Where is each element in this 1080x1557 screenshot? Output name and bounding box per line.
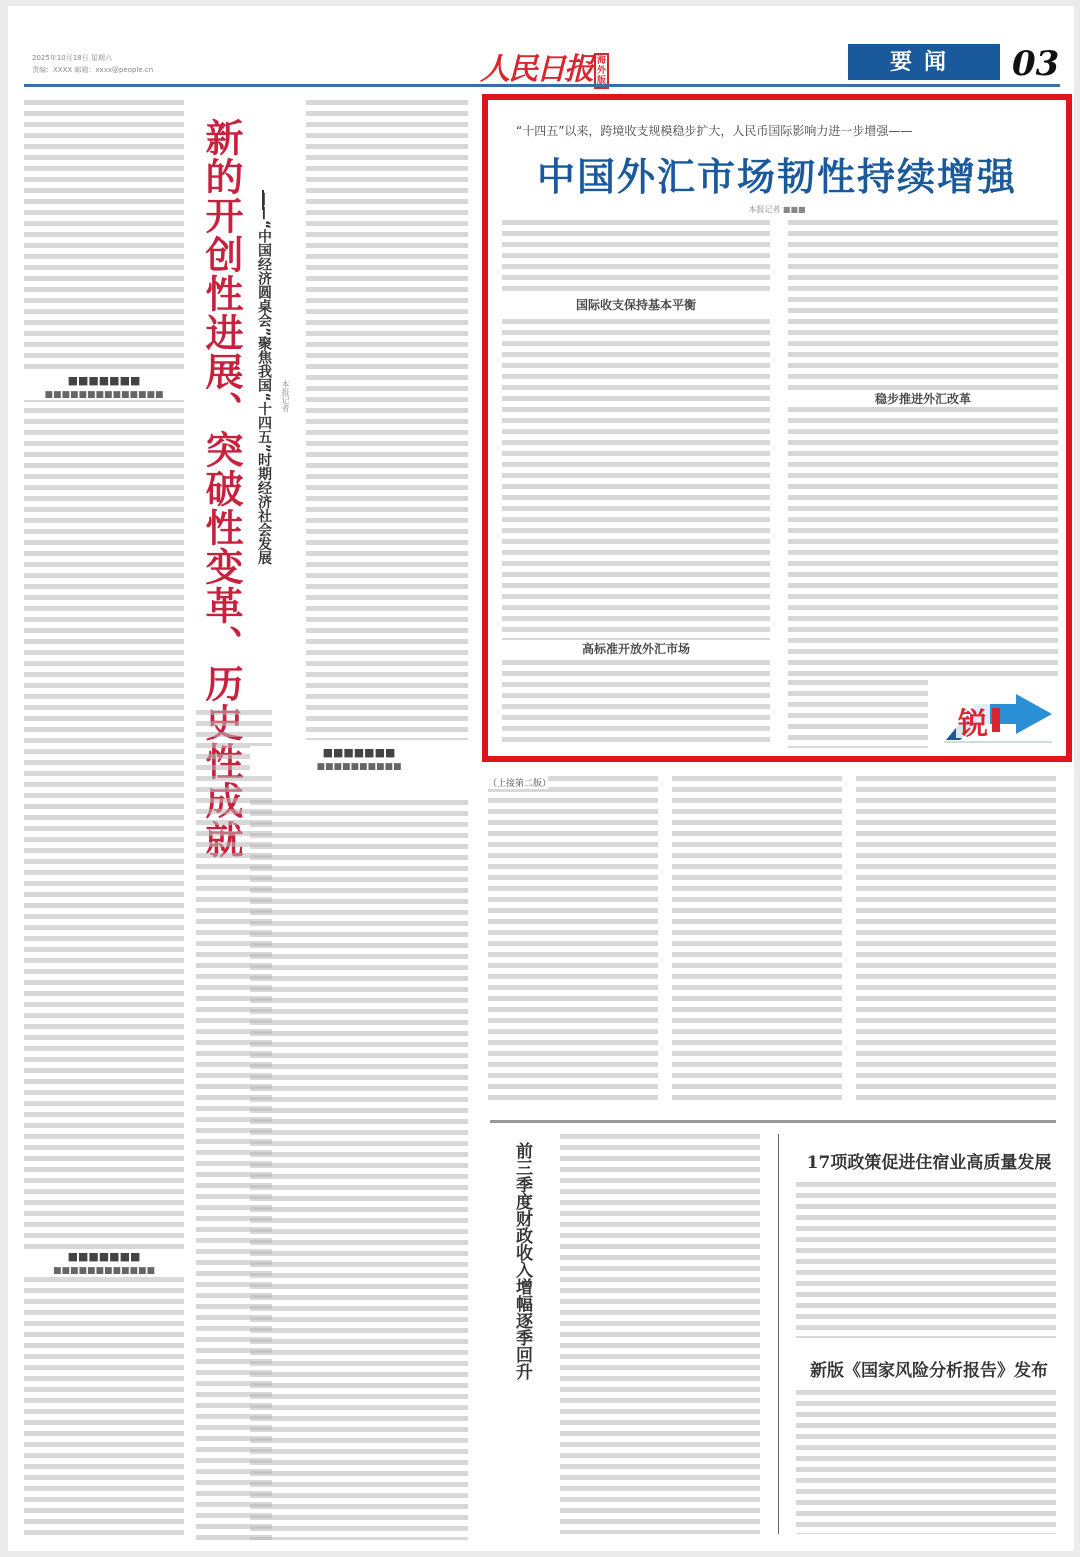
featured-article-box[interactable]: “十四五”以来，跨境收支规模稳步扩大，人民币国际影响力进一步增强—— 中国外汇市… [482,94,1072,762]
brief-section-rule [490,1120,1056,1123]
lead-column-1 [24,100,184,1540]
brief-divider [778,1134,779,1534]
lead-subhead-3: ■■■■■■■■■■■■■■■■■■■ [24,1250,184,1276]
masthead-meta: 2025年10月18日 星期六 责编：XXXX 邮箱：xxxx@people.c… [32,52,153,76]
lead-byline: 本报记者 [280,380,291,412]
continued-column-1 [488,776,658,1102]
lead-subtitle: ——“中国经济圆桌会”聚焦我国“十四五”时期经济社会发展 [252,192,274,662]
feature-headline[interactable]: 中国外汇市场韧性持续增强 [488,146,1066,201]
rui-ping-logo-icon: 锐 [936,690,1056,744]
editor-line: 责编：XXXX 邮箱：xxxx@people.cn [32,64,153,76]
brief-headline-fiscal[interactable]: 前三季度财政收入增幅逐季回升 [510,1142,534,1380]
section-tab: 要闻 [848,44,1000,80]
brief-headline-lodging[interactable]: 17项政策促进住宿业高质量发展 [796,1148,1062,1173]
lead-column-3 [306,100,468,740]
feature-column-2 [788,220,1058,680]
feature-column-2-tail [788,680,928,748]
brief-risk-report-text [796,1390,1056,1534]
brief-headline-risk-report[interactable]: 新版《国家风险分析报告》发布 [796,1356,1062,1381]
page-number: 03 [1012,44,1059,84]
continued-column-2 [672,776,842,1102]
feature-subhead-2: 稳步推进外汇改革 [788,390,1058,407]
brief-fiscal-text [560,1134,760,1534]
lead-subhead-1: ■■■■■■■■■■■■■■■■■■■■■ [24,374,184,400]
feature-subhead-3: 高标准开放外汇市场 [502,640,770,657]
feature-byline: 本报记者 ■■■ [488,204,1066,215]
feature-subhead-1: 国际收支保持基本平衡 [502,296,770,313]
newspaper-logo: 人民日报海外版 [480,44,609,89]
feature-kicker: “十四五”以来，跨境收支规模稳步扩大，人民币国际影响力进一步增强—— [516,122,912,139]
lead-subhead-2: ■■■■■■■■■■■■■■■■■ [250,746,468,772]
masthead-rule [24,84,1060,87]
lead-column-4 [250,800,468,1540]
svg-text:锐: 锐 [958,707,988,742]
brief-lodging-text [796,1182,1056,1338]
date-line: 2025年10月18日 星期六 [32,52,153,64]
jump-label: （上接第二版） [488,776,548,789]
continued-column-3 [856,776,1056,1102]
